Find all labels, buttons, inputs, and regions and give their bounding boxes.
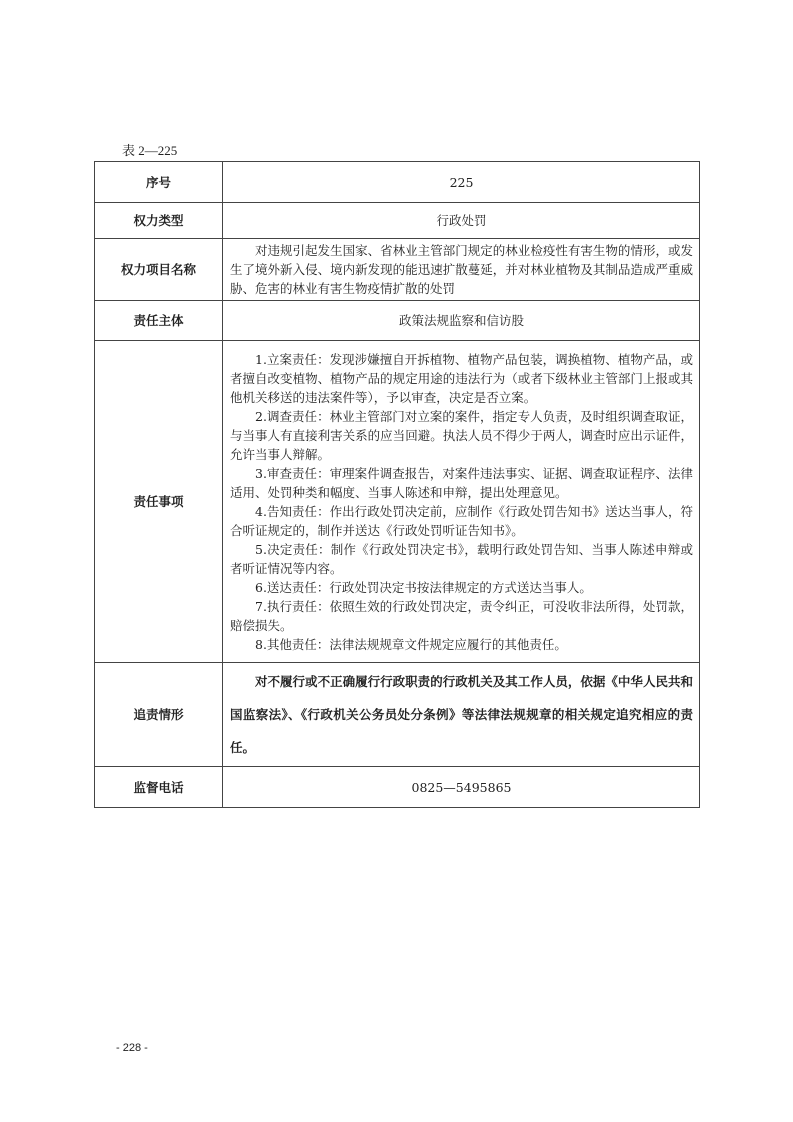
row-label: 权力项目名称	[95, 239, 223, 301]
page-number: - 228 -	[116, 1042, 148, 1054]
row-value: 政策法规监察和信访股	[223, 301, 700, 341]
row-value: 行政处罚	[223, 203, 700, 239]
row-label: 责任事项	[95, 341, 223, 663]
duty-item: 3.审查责任：审理案件调查报告，对案件违法事实、证据、调查取证程序、法律适用、处…	[230, 464, 693, 502]
duty-item: 5.决定责任：制作《行政处罚决定书》，载明行政处罚告知、当事人陈述申辩或者听证情…	[230, 540, 693, 578]
table-caption: 表 2—225	[122, 140, 177, 159]
table-row-phone: 监督电话 0825—5495865	[95, 767, 700, 808]
duties-list: 1.立案责任：发现涉嫌擅自开拆植物、植物产品包装，调换植物、植物产品，或者擅自改…	[223, 341, 700, 663]
duty-item: 6.送达责任：行政处罚决定书按法律规定的方式送达当事人。	[230, 578, 693, 597]
duty-item: 8.其他责任：法律法规规章文件规定应履行的其他责任。	[230, 635, 693, 654]
duty-item: 1.立案责任：发现涉嫌擅自开拆植物、植物产品包装，调换植物、植物产品，或者擅自改…	[230, 350, 693, 407]
table-row-duties: 责任事项 1.立案责任：发现涉嫌擅自开拆植物、植物产品包装，调换植物、植物产品，…	[95, 341, 700, 663]
row-value: 225	[223, 162, 700, 203]
row-label: 追责情形	[95, 663, 223, 767]
row-value: 对违规引起发生国家、省林业主管部门规定的林业检疫性有害生物的情形，或发生了境外新…	[230, 241, 693, 298]
table-row-power-type: 权力类型 行政处罚	[95, 203, 700, 239]
duty-item: 7.执行责任：依照生效的行政处罚决定，责令纠正，可没收非法所得，处罚款，赔偿损失…	[230, 597, 693, 635]
row-value-cell: 对不履行或不正确履行行政职责的行政机关及其工作人员，依据《中华人民共和国监察法》…	[223, 663, 700, 767]
table-row-item-name: 权力项目名称 对违规引起发生国家、省林业主管部门规定的林业检疫性有害生物的情形，…	[95, 239, 700, 301]
table-row-seq: 序号 225	[95, 162, 700, 203]
duty-item: 2.调查责任：林业主管部门对立案的案件，指定专人负责，及时组织调查取证，与当事人…	[230, 407, 693, 464]
row-label: 序号	[95, 162, 223, 203]
duty-item: 4.告知责任：作出行政处罚决定前，应制作《行政处罚告知书》送达当事人，符合听证规…	[230, 502, 693, 540]
row-label: 责任主体	[95, 301, 223, 341]
row-value: 0825—5495865	[223, 767, 700, 808]
table-row-subject: 责任主体 政策法规监察和信访股	[95, 301, 700, 341]
row-label: 权力类型	[95, 203, 223, 239]
table-row-accountability: 追责情形 对不履行或不正确履行行政职责的行政机关及其工作人员，依据《中华人民共和…	[95, 663, 700, 767]
row-label: 监督电话	[95, 767, 223, 808]
row-value-cell: 对违规引起发生国家、省林业主管部门规定的林业检疫性有害生物的情形，或发生了境外新…	[223, 239, 700, 301]
power-list-table: 序号 225 权力类型 行政处罚 权力项目名称 对违规引起发生国家、省林业主管部…	[94, 161, 700, 808]
row-value: 对不履行或不正确履行行政职责的行政机关及其工作人员，依据《中华人民共和国监察法》…	[230, 665, 693, 764]
